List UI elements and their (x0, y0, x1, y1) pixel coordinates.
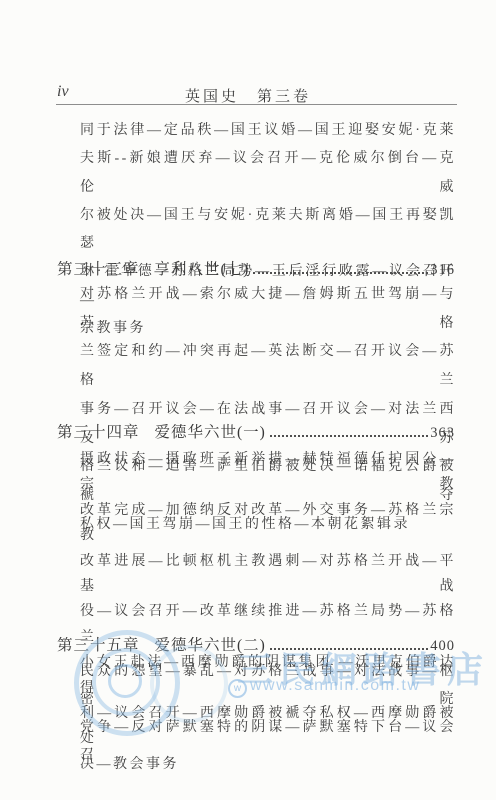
toc-summary-line: 民众的怨望—暴乱—对苏格兰战事—对法战事—枢密院 (80, 658, 456, 714)
toc-chapter-entry-34: 第三十四章 爱德华六世(一) 363 (57, 420, 455, 442)
toc-summary-line: 改革完成—加德纳反对改革—外交事务—苏格兰宗教 (80, 498, 456, 549)
toc-summary-ch35: 民众的怨望—暴乱—对苏格兰战事—对法战事—枢密院 党争—反对萨默塞特的阴谋—萨默… (80, 658, 456, 770)
toc-summary-line: 对苏格兰开战—索尔威大捷—詹姆斯五世驾崩—与苏格 (80, 281, 456, 338)
dot-leader (253, 272, 428, 274)
chapter-page-number: 363 (430, 425, 455, 442)
toc-summary-line: 同于法律—定品秩—国王议婚—国王迎娶安妮·克莱 (80, 117, 456, 145)
chapter-title: 爱德华六世(一) (155, 420, 266, 442)
chapter-title: 爱德华六世(二) (155, 633, 266, 655)
header-rule (56, 104, 457, 105)
toc-summary-line: 夫斯--新娘遭厌弃—议会召开—克伦威尔倒台—克伦威 (80, 145, 456, 202)
dot-leader (270, 648, 428, 650)
chapter-page-number: 400 (430, 638, 455, 655)
toc-summary-line: 改革进展—比顿枢机主教遇刺—对苏格兰开战—平基战 (80, 549, 456, 600)
chapter-page-number: 316 (430, 262, 455, 279)
toc-summary-line: 党争—反对萨默塞特的阴谋—萨默塞特下台—议会召 (80, 714, 456, 770)
toc-summary-line: 摄政状态—摄政班子新举措—赫特福德任护国公—宗教 (80, 447, 456, 498)
running-title: 英国史 第三卷 (0, 85, 496, 106)
chapter-number-label: 第三十四章 (57, 420, 140, 442)
toc-summary-line: 尔被处决—国王与安妮·克莱夫斯离婚—国王再娶凯瑟 (80, 202, 456, 259)
dot-leader (270, 435, 428, 437)
toc-chapter-entry-35: 第三十五章 爱德华六世(二) 400 (57, 633, 455, 655)
toc-summary-line: 兰签定和约—冲突再起—英法断交—召开议会—苏格兰 (80, 338, 456, 395)
toc-chapter-entry-33: 第三十三章 亨利八世(七) 316 (57, 257, 455, 279)
chapter-number-label: 第三十三章 (57, 257, 140, 279)
chapter-title: 亨利八世(七) (155, 257, 250, 279)
chapter-number-label: 第三十五章 (57, 633, 140, 655)
book-page: iv 英国史 第三卷 同于法律—定品秩—国王议婚—国王迎娶安妮·克莱 夫斯--新… (0, 0, 496, 800)
